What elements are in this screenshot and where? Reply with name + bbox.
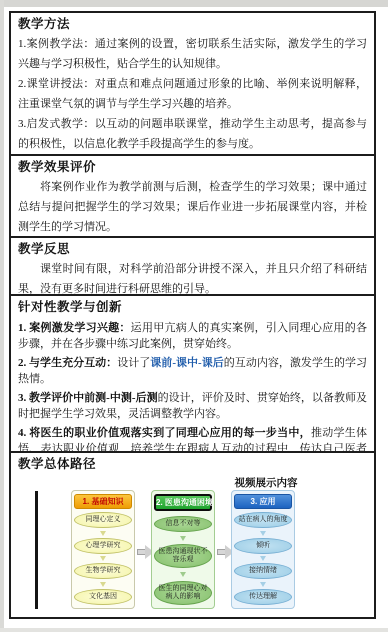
step-cultural-gene: 文化基因 xyxy=(74,589,132,605)
item-lead-text: 1. 案例激发学习兴趣： xyxy=(18,322,131,334)
step-empathy-definition: 同理心定义 xyxy=(74,512,132,528)
innovation-item-2: 2. 与学生充分互动：设计了课前-课中-课后的互动内容，激发学生的学习热情。 xyxy=(17,355,368,387)
innovation-item-1: 1. 案例激发学习兴趣：运用甲亢病人的真实案例，引入同理心应用的各步骤，并在各步… xyxy=(17,320,368,352)
section-targeted-innovation: 针对性教学与创新 1. 案例激发学习兴趣：运用甲亢病人的真实案例，引入同理心应用… xyxy=(11,294,374,451)
section-title-effect-evaluation: 教学效果评价 xyxy=(17,158,368,177)
scan-edge-top xyxy=(0,0,388,7)
section-title-teaching-methods: 教学方法 xyxy=(17,15,368,34)
step-psychology-research: 心理学研究 xyxy=(74,538,132,554)
section-teaching-reflection: 教学反思 课堂时间有限，对科学前沿部分讲授不深入，并且只介绍了科研结果，没有更多… xyxy=(11,236,374,294)
section-title-targeted-innovation: 针对性教学与创新 xyxy=(17,298,368,317)
down-arrow-icon xyxy=(260,531,266,536)
vertical-line xyxy=(35,491,38,609)
teaching-plan-table: 教学方法 1.案例教学法：通过案例的设置，密切联系生活实际，激发学生的学习兴趣与… xyxy=(9,11,376,619)
video-content-label: 视频展示内容 xyxy=(223,475,309,490)
down-arrow-icon xyxy=(100,531,106,536)
paragraph-method-1: 1.案例教学法：通过案例的设置，密切联系生活实际，激发学生的学习兴趣与学习积极性… xyxy=(17,34,368,74)
step-communication-status: 医患沟通现状不容乐观 xyxy=(154,544,212,568)
down-arrow-icon xyxy=(260,556,266,561)
step-accept-emotion: 接纳情绪 xyxy=(234,563,292,579)
innovation-item-4: 4. 将医生的职业价值观落实到了同理心应用的每一步当中，推动学生体悟、表达职业价… xyxy=(17,425,368,451)
section-title-teaching-reflection: 教学反思 xyxy=(17,240,368,259)
column-header-application: 3. 应用 xyxy=(234,494,292,509)
section-title-overall-path: 教学总体路径 xyxy=(17,455,368,474)
item-body-text: 设计了 xyxy=(117,357,150,369)
scan-edge-bottom xyxy=(0,628,388,632)
step-convey-understanding: 传达理解 xyxy=(234,589,292,605)
item-lead-text: 4. 将医生的职业价值观落实到了同理心应用的每一步当中， xyxy=(18,427,311,439)
column-header-basic-knowledge: 1. 基础知识 xyxy=(74,494,132,509)
step-biology-research: 生物学研究 xyxy=(74,563,132,579)
teaching-path-diagram: 视频展示内容 1. 基础知识 同理心定义 心理学研究 生物学研究 文化基因 2.… xyxy=(17,475,368,615)
down-arrow-icon xyxy=(180,536,186,541)
paragraph-method-3: 3.启发式教学：以互动的问题串联课堂，推动学生主动思考，提高参与的积极性，以信息… xyxy=(17,114,368,154)
diagram-column-application: 3. 应用 站在病人的角度 倾听 接纳情绪 传达理解 xyxy=(231,490,295,609)
item-lead-text: 2. 与学生充分互动： xyxy=(18,357,117,369)
paragraph-method-2: 2.课堂讲授法：对重点和难点问题通过形象的比喻、举例来说明解释，注重课堂气氛的调… xyxy=(17,74,368,114)
down-arrow-icon xyxy=(100,582,106,587)
down-arrow-icon xyxy=(100,556,106,561)
column-header-communication-dilemma: 2. 医患沟通困境 xyxy=(154,494,212,511)
section-teaching-methods: 教学方法 1.案例教学法：通过案例的设置，密切联系生活实际，激发学生的学习兴趣与… xyxy=(11,13,374,154)
section-effect-evaluation: 教学效果评价 将案例作业作为教学前测与后测，检查学生的学习效果；课中通过总结与提… xyxy=(11,154,374,236)
item-highlight-text: 课前-课中-课后 xyxy=(150,357,224,369)
diagram-column-basic-knowledge: 1. 基础知识 同理心定义 心理学研究 生物学研究 文化基因 xyxy=(71,490,135,609)
paragraph-evaluation: 将案例作业作为教学前测与后测，检查学生的学习效果；课中通过总结与提问把握学生的学… xyxy=(17,177,368,236)
scan-edge-left xyxy=(0,0,4,632)
down-arrow-icon xyxy=(260,582,266,587)
innovation-item-3: 3. 教学评价中前测-中测-后测的设计，评价及时、贯穿始终，以备教师及时把握学生… xyxy=(17,390,368,422)
paragraph-reflection: 课堂时间有限，对科学前沿部分讲授不深入，并且只介绍了科研结果，没有更多时间进行科… xyxy=(17,259,368,294)
step-empathy-influence: 医生的同理心对病人的影响 xyxy=(154,581,212,605)
step-listening: 倾听 xyxy=(234,538,292,554)
step-patient-perspective: 站在病人的角度 xyxy=(234,512,292,528)
diagram-column-communication-dilemma: 2. 医患沟通困境 信息不对等 医患沟通现状不容乐观 医生的同理心对病人的影响 xyxy=(151,490,215,609)
down-arrow-icon xyxy=(180,572,186,577)
item-lead-text: 3. 教学评价中前测-中测-后测 xyxy=(18,392,158,404)
section-overall-path: 教学总体路径 视频展示内容 1. 基础知识 同理心定义 心理学研究 生物学研究 … xyxy=(11,451,374,617)
step-information-asymmetry: 信息不对等 xyxy=(154,516,212,532)
